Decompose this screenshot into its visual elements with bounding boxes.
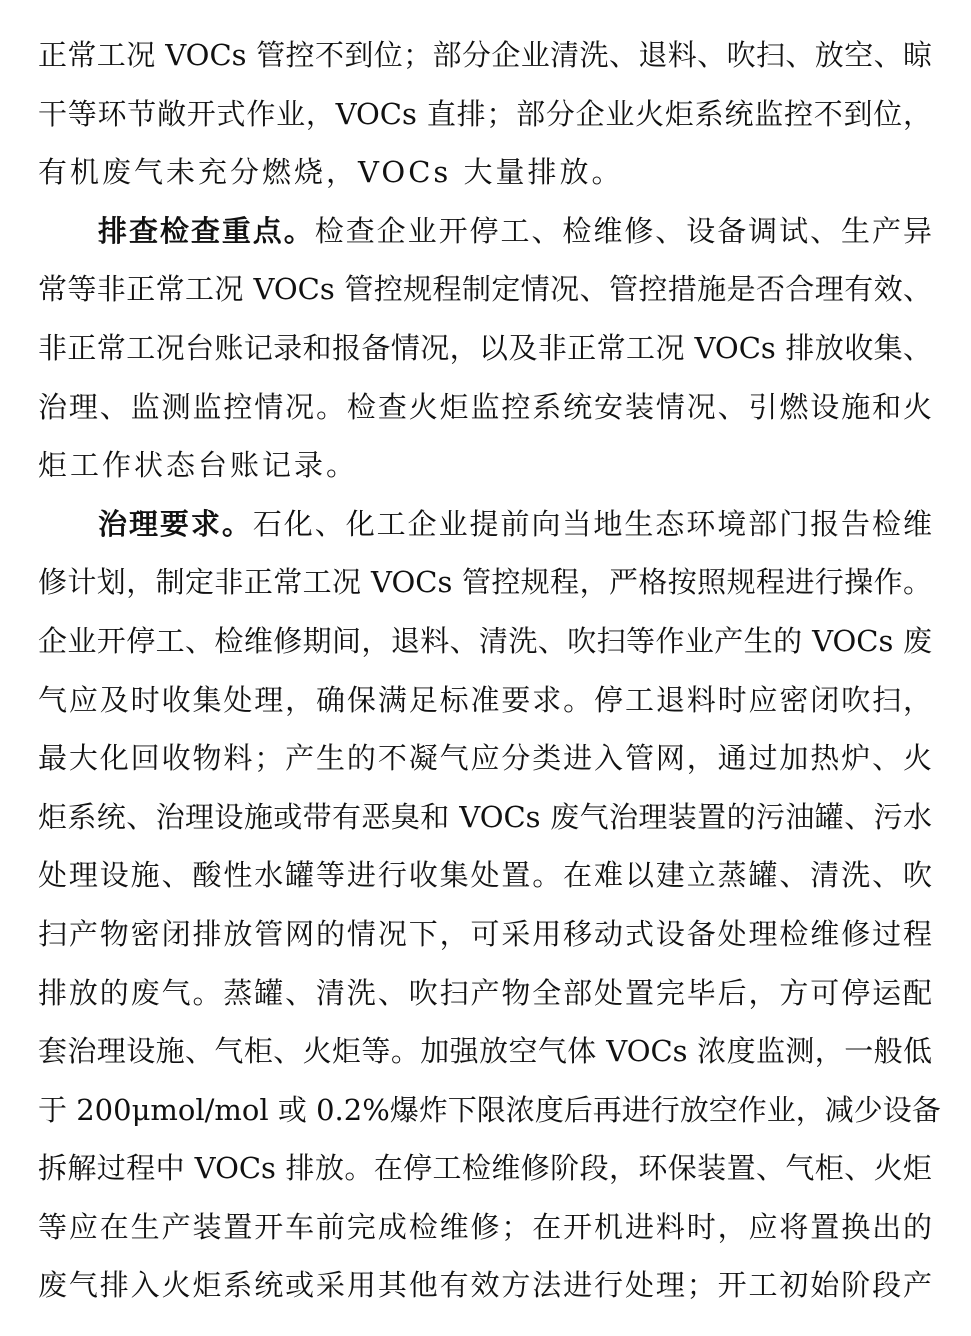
paragraph-continuation: 正常工况 VOCs 管控不到位；部分企业清洗、退料、吹扫、放空、晾 干等环节敞开… [38, 26, 932, 202]
text-line: 气应及时收集处理，确保满足标准要求。停工退料时应密闭吹扫， [38, 671, 932, 730]
paragraph-inspection-focus: 排查检查重点。检查企业开停工、检维修、设备调试、生产异 常等非正常工况 VOCs… [38, 202, 932, 495]
paragraph-governance-requirements: 治理要求。石化、化工企业提前向当地生态环境部门报告检维 修计划，制定非正常工况 … [38, 495, 932, 1315]
text-line: 常等非正常工况 VOCs 管控规程制定情况、管控措施是否合理有效、 [38, 260, 932, 319]
text-line: 有机废气未充分燃烧，VOCs 大量排放。 [38, 143, 932, 202]
text-line: 非正常工况台账记录和报备情况，以及非正常工况 VOCs 排放收集、 [38, 319, 932, 378]
text-line: 于 200μmol/mol 或 0.2%爆炸下限浓度后再进行放空作业，减少设备 [38, 1081, 932, 1140]
text-line: 治理、监测监控情况。检查火炬监控系统安装情况、引燃设施和火 [38, 378, 932, 437]
text-line: 排查检查重点。检查企业开停工、检维修、设备调试、生产异 [38, 202, 932, 261]
text-line: 排放的废气。蒸罐、清洗、吹扫产物全部处置完毕后，方可停运配 [38, 964, 932, 1023]
text-line: 废气排入火炬系统或采用其他有效方法进行处理；开工初始阶段产 [38, 1256, 932, 1315]
text-line: 治理要求。石化、化工企业提前向当地生态环境部门报告检维 [38, 495, 932, 554]
document-page: 正常工况 VOCs 管控不到位；部分企业清洗、退料、吹扫、放空、晾 干等环节敞开… [38, 26, 932, 1315]
paragraph-heading: 治理要求。 [98, 507, 253, 541]
text-line: 处理设施、酸性水罐等进行收集处置。在难以建立蒸罐、清洗、吹 [38, 846, 932, 905]
text-run: 石化、化工企业提前向当地生态环境部门报告检维 [253, 507, 932, 541]
text-line: 企业开停工、检维修期间，退料、清洗、吹扫等作业产生的 VOCs 废 [38, 612, 932, 671]
text-line: 扫产物密闭排放管网的情况下，可采用移动式设备处理检维修过程 [38, 905, 932, 964]
text-line: 干等环节敞开式作业，VOCs 直排；部分企业火炬系统监控不到位， [38, 85, 932, 144]
text-run: 检查企业开停工、检维修、设备调试、生产异 [315, 214, 932, 248]
text-line: 套治理设施、气柜、火炬等。加强放空气体 VOCs 浓度监测，一般低 [38, 1022, 932, 1081]
text-line: 炬工作状态台账记录。 [38, 436, 932, 495]
text-line: 拆解过程中 VOCs 排放。在停工检维修阶段，环保装置、气柜、火炬 [38, 1139, 932, 1198]
text-line: 等应在生产装置开车前完成检维修；在开机进料时，应将置换出的 [38, 1198, 932, 1257]
paragraph-heading: 排查检查重点。 [98, 214, 315, 248]
text-line: 修计划，制定非正常工况 VOCs 管控规程，严格按照规程进行操作。 [38, 553, 932, 612]
text-line: 最大化回收物料；产生的不凝气应分类进入管网，通过加热炉、火 [38, 729, 932, 788]
text-line: 正常工况 VOCs 管控不到位；部分企业清洗、退料、吹扫、放空、晾 [38, 26, 932, 85]
text-line: 炬系统、治理设施或带有恶臭和 VOCs 废气治理装置的污油罐、污水 [38, 788, 932, 847]
